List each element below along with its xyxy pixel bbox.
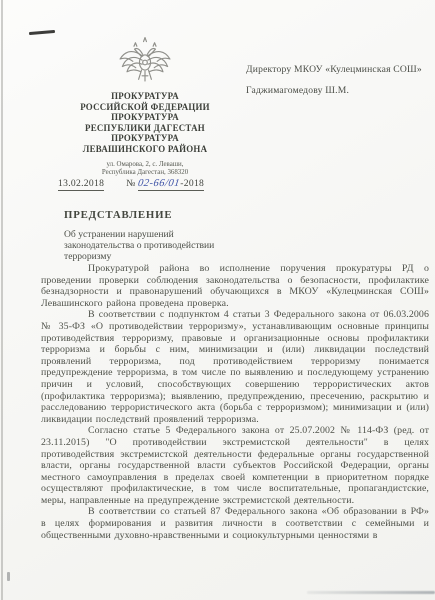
body-paragraph: В соответствии с подпунктом 4 статьи 3 Ф… (41, 309, 429, 425)
document-subtitle: Об устранении нарушений законодательства… (64, 229, 274, 263)
body-paragraph: В соответствии со статьей 87 Федеральног… (41, 506, 429, 541)
scan-shadow-artifact (307, 591, 435, 594)
organization-name: ПРОКУРАТУРА РОССИЙСКОЙ ФЕДЕРАЦИИ ПРОКУРА… (45, 91, 245, 155)
scan-edge-artifact (1, 0, 3, 600)
date-and-number-line: 13.02.2018№ 02-66/01-2018 (58, 178, 204, 189)
document-title: ПРЕДСТАВЛЕНИЕ (64, 209, 172, 221)
number-year: -2018 (180, 178, 204, 189)
recipient-name: Гаджимагомедову Ш.М. (246, 85, 432, 96)
number-sign: № (126, 178, 135, 189)
organization-address: ул. Омарова, 2, с. Леваши, Республика Да… (45, 161, 245, 177)
letterhead: ПРОКУРАТУРА РОССИЙСКОЙ ФЕДЕРАЦИИ ПРОКУРА… (45, 34, 245, 177)
document-body: Прокуратурой района во исполнение поруче… (41, 263, 429, 541)
body-paragraph: Согласно статье 5 Федерального закона от… (41, 425, 429, 506)
coat-of-arms-eagle-icon (116, 34, 174, 89)
scan-speck-artifact (7, 572, 10, 581)
handwritten-number: 02-66/01 (138, 178, 181, 189)
recipient-block: Директору МКОУ «Кулецминская СОШ» Гаджим… (246, 64, 432, 96)
body-paragraph: Прокуратурой района во исполнение поруче… (41, 263, 429, 309)
document-number: 02-66/01-2018 (138, 178, 204, 191)
scanned-document-page: ПРОКУРАТУРА РОССИЙСКОЙ ФЕДЕРАЦИИ ПРОКУРА… (0, 0, 435, 600)
document-date: 13.02.2018 (58, 178, 104, 191)
recipient-position: Директору МКОУ «Кулецминская СОШ» (246, 64, 432, 75)
